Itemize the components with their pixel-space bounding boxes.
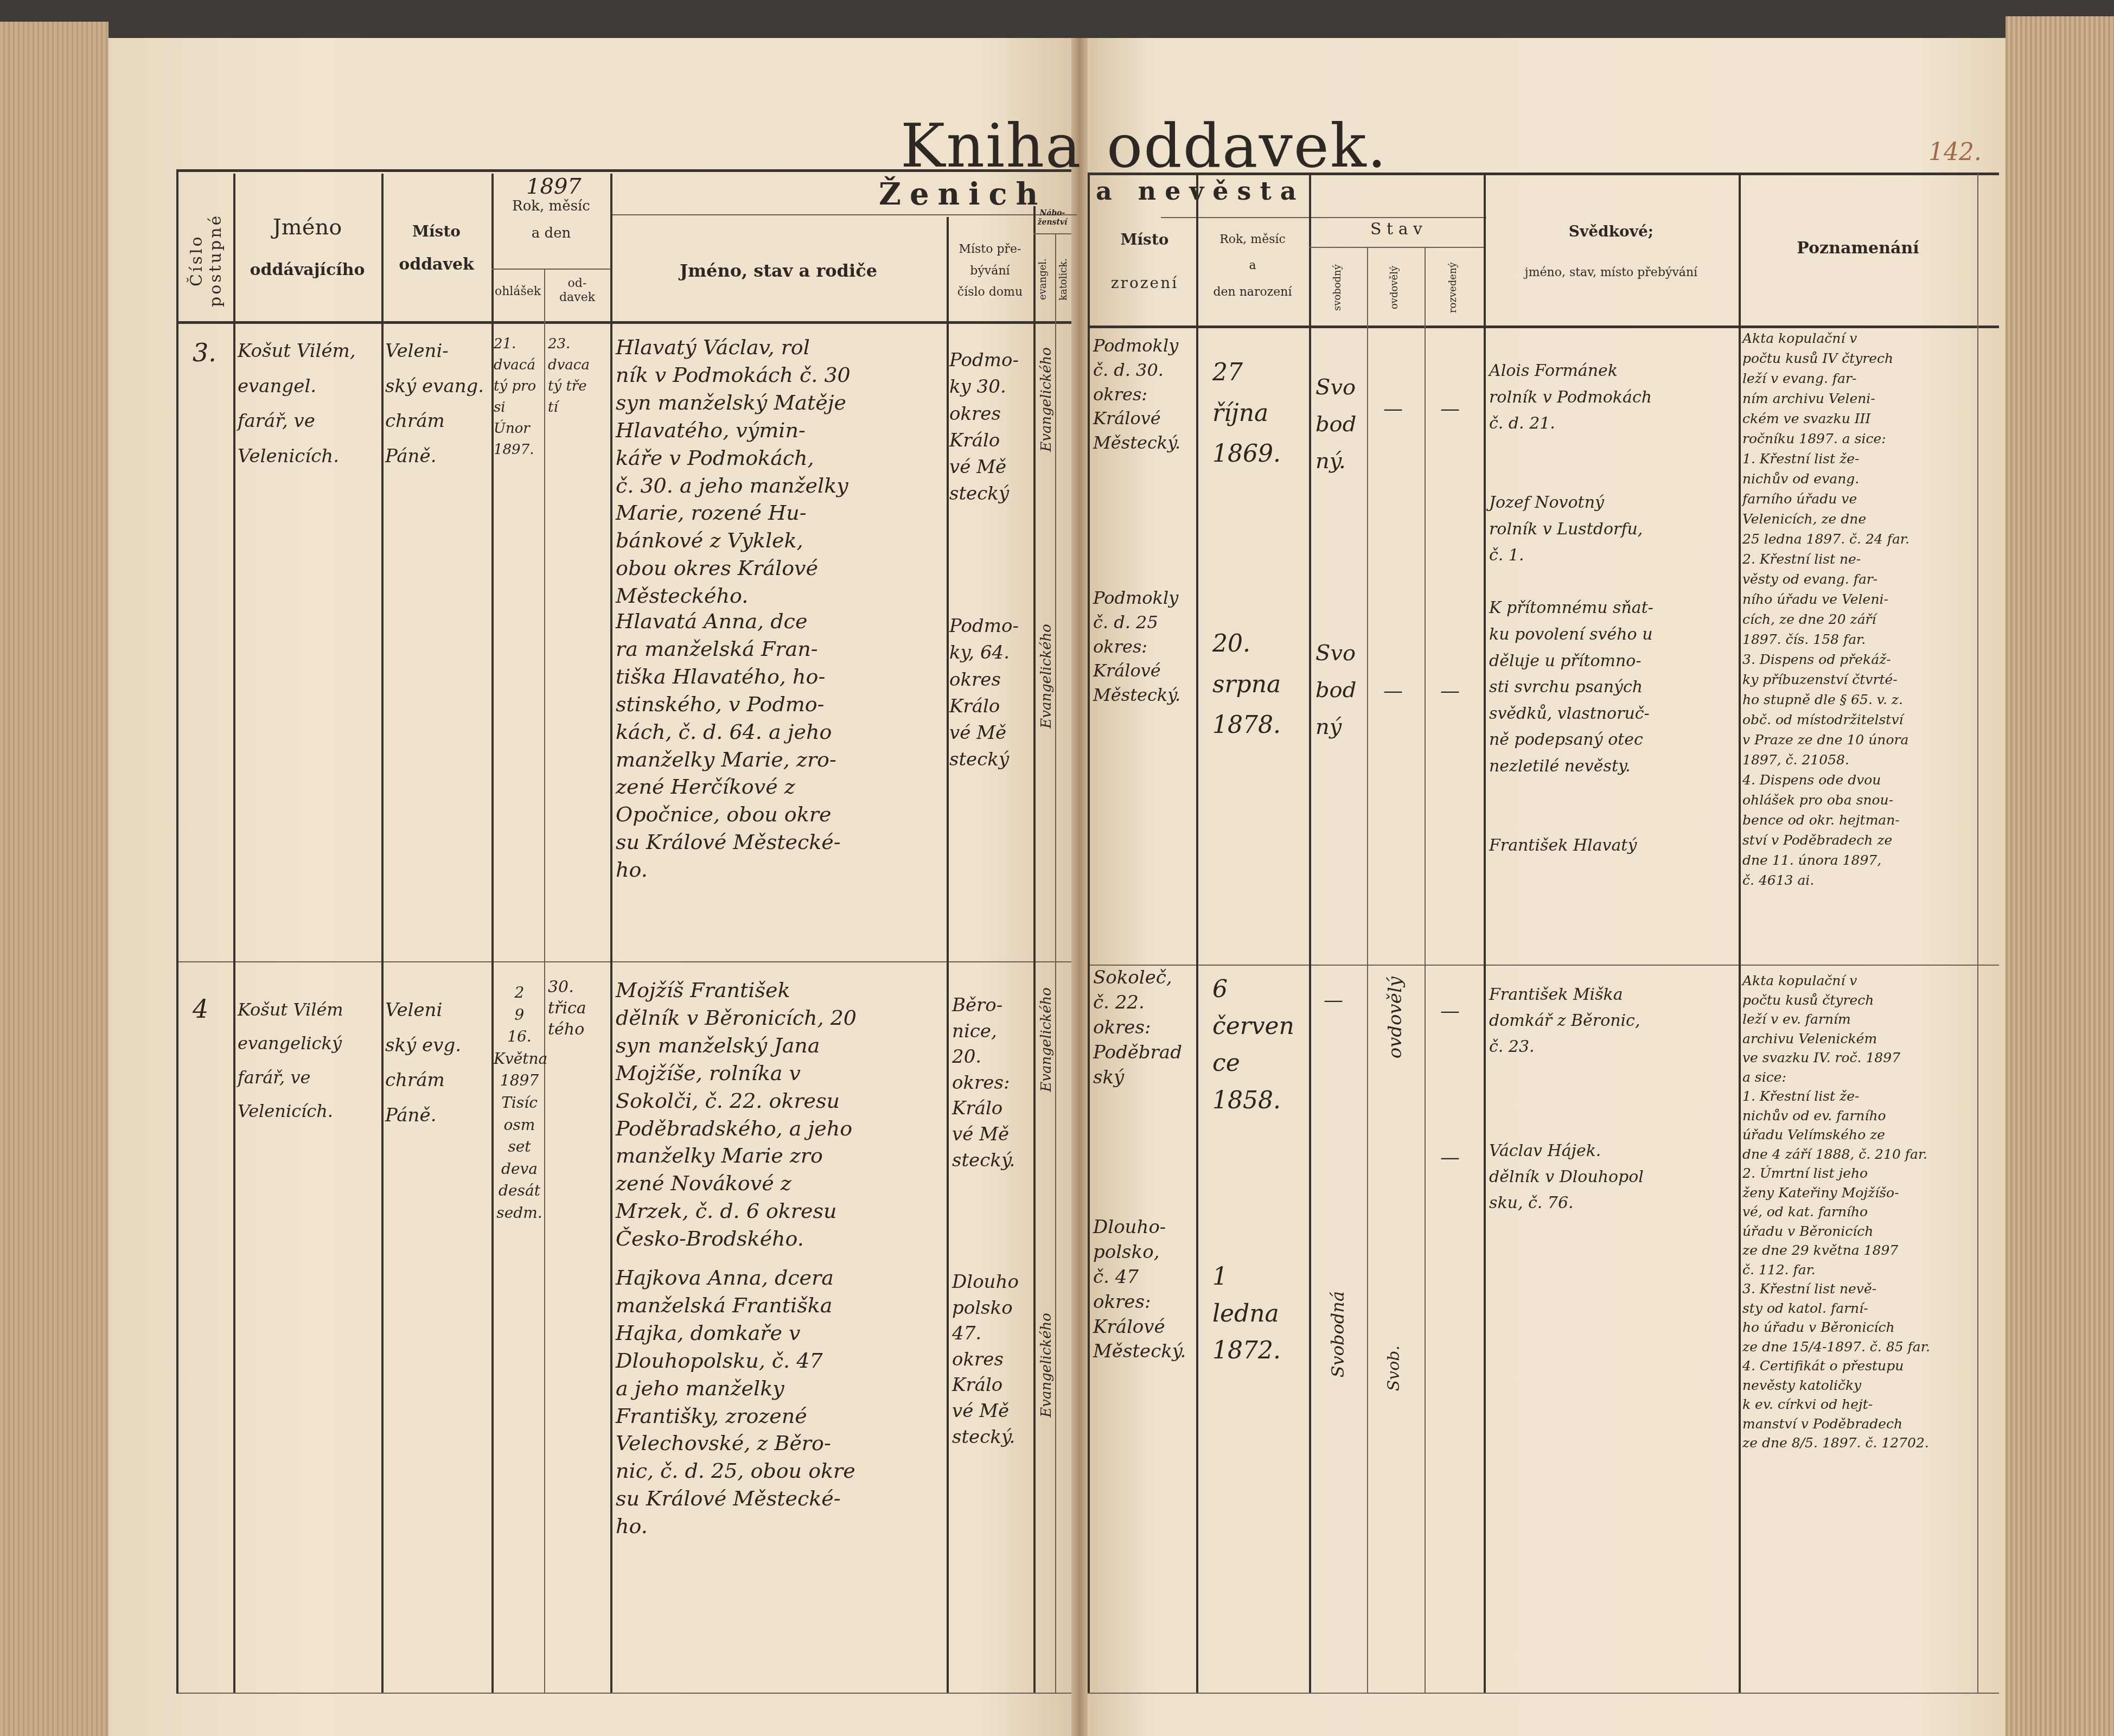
officiant: Košut Vilém, evangel. farář, ve Velenicí… xyxy=(238,334,356,474)
col-border xyxy=(1088,174,1090,1693)
groom-status-widowed: ovdovělý xyxy=(1383,976,1408,1058)
bride-status-single: Svo bod ný xyxy=(1315,635,1356,745)
col-border xyxy=(1309,174,1311,1693)
wedding-place: Veleni ský evg. chrám Páně. xyxy=(385,993,461,1133)
page-edges-right xyxy=(2006,16,2114,1736)
col-border xyxy=(947,217,949,1693)
book-spine xyxy=(1071,38,1088,1736)
bride-status-divorced: — xyxy=(1440,1145,1460,1171)
book-scan: Kniha oddavek. 142. Ženich a nevěsta Čís… xyxy=(0,0,2114,1736)
rok-subdivider xyxy=(491,269,611,270)
wedding-date: 23. dvaca tý tře tí xyxy=(548,334,590,418)
bride-birthdate: 1 ledna 1872. xyxy=(1212,1259,1281,1370)
table-top-border-left xyxy=(176,169,1071,172)
header-jmeno-stav-rodice: Jméno, stav a rodiče xyxy=(610,260,947,281)
groom-residence: Podmo- ky 30. okres Králo vé Mě stecký xyxy=(949,347,1019,508)
wedding-place: Veleni- ský evang. chrám Páně. xyxy=(385,334,484,474)
groom-name-parents: Hlavatý Václav, rol ník v Podmokách č. 3… xyxy=(616,334,851,610)
groom-religion: Evangelického xyxy=(1037,987,1056,1092)
header-ohlasek: ohlášek xyxy=(491,285,544,299)
col-border xyxy=(233,174,235,1693)
header-zrozeni: zrození xyxy=(1101,274,1188,292)
book-cover-top xyxy=(0,0,2114,38)
table-top-border-right xyxy=(1088,173,1999,175)
header-cislo: Číslo postupné xyxy=(187,206,225,315)
bride-residence: Podmo- ky, 64. okres Králo vé Mě stecký xyxy=(949,613,1019,774)
title-right: oddavek. xyxy=(1107,111,1388,181)
col-border xyxy=(1425,247,1426,1693)
entry-separator-right xyxy=(1088,965,1999,966)
witnesses: František Miška domkář z Běronic, č. 23.… xyxy=(1489,982,1644,1216)
remarks: Akta kopulační v počtu kusů čtyrech leží… xyxy=(1742,971,1930,1453)
col-border xyxy=(176,169,178,1694)
band-underline-left xyxy=(610,214,1077,215)
col-border xyxy=(1033,206,1036,1693)
col-border xyxy=(544,269,545,1693)
header-oddavajiciho: oddávajícího xyxy=(233,260,381,280)
groom-name-parents: Mojžíš František dělník v Běronicích, 20… xyxy=(616,976,857,1253)
col-border xyxy=(1196,174,1198,1693)
groom-residence: Běro- nice, 20. okres: Králo vé Mě steck… xyxy=(952,993,1015,1173)
religion-subdivider xyxy=(1033,233,1071,234)
bride-name-parents: Hlavatá Anna, dce ra manželská Fran- tiš… xyxy=(616,608,841,884)
col-border xyxy=(1367,247,1368,1693)
header-poznamenani: Poznamenání xyxy=(1739,239,1977,258)
header-misto-prebyvani: Místo pře- bývání číslo domu xyxy=(947,239,1033,303)
header-oddavek: oddavek xyxy=(381,255,491,275)
groom-status-divorced: — xyxy=(1440,998,1460,1024)
entry-number: 4 xyxy=(193,993,208,1026)
stav-subdivider xyxy=(1309,247,1484,248)
header-bottom-left xyxy=(176,321,1071,324)
bride-birthdate: 20. srpna 1878. xyxy=(1212,624,1281,745)
bride-status-widowed: Svob. xyxy=(1383,1345,1405,1391)
header-rozvedeny: rozvedený xyxy=(1447,255,1459,320)
header-svedkove-sub: jméno, stav, místo přebývání xyxy=(1484,266,1739,280)
header-katolick: katolick. xyxy=(1058,244,1069,315)
bride-birthplace: Dlouho- polsko, č. 47 okres: Králové Měs… xyxy=(1093,1215,1186,1364)
groom-status-single: — xyxy=(1324,987,1343,1013)
band-bride: a nevěsta xyxy=(1096,176,1305,206)
header-misto: Místo xyxy=(381,222,491,241)
bride-religion: Evangelického xyxy=(1037,624,1056,729)
remarks: Akta kopulační v počtu kusů IV čtyrech l… xyxy=(1742,328,1909,890)
band-groom: Ženich xyxy=(879,176,1046,212)
bride-religion: Evangelického xyxy=(1037,1313,1056,1418)
header-jmeno: Jméno xyxy=(233,214,381,240)
header-svobodny: svobodný xyxy=(1332,255,1343,320)
groom-birthdate: 27 října 1869. xyxy=(1212,353,1281,474)
table-bottom-left xyxy=(176,1693,1071,1694)
witnesses: Alois Formánek rolník v Podmokách č. d. … xyxy=(1489,358,1653,859)
header-ovdovely: ovdovělý xyxy=(1389,255,1400,320)
header-oddavek-date: od- davek xyxy=(544,277,610,305)
bride-name-parents: Hajkova Anna, dcera manželská Františka … xyxy=(616,1264,855,1540)
banns-date: 2 9 16. Května 1897 Tisíc osm set deva d… xyxy=(494,982,545,1224)
groom-religion: Evangelického xyxy=(1037,347,1056,452)
entry-separator-left xyxy=(176,961,1071,962)
groom-birthplace: Podmokly č. d. 30. okres: Králové Městec… xyxy=(1093,334,1180,455)
col-border xyxy=(1739,174,1741,1693)
entry-number: 3. xyxy=(193,336,216,369)
groom-status-single: Svo bod ný. xyxy=(1315,369,1356,480)
header-a-den: a den xyxy=(491,225,611,242)
col-border xyxy=(1484,174,1486,1693)
table-bottom-right xyxy=(1088,1693,1999,1694)
header-rok-mesic-narozeni: Rok, měsíc a den narození xyxy=(1196,233,1309,299)
bride-status-divorced: — xyxy=(1440,678,1460,704)
header-nabozenstvi: Nábo- ženství xyxy=(1033,209,1071,227)
banns-date: 21. dvacá tý pro si Únor 1897. xyxy=(494,334,536,461)
officiant: Košut Vilém evangelický farář, ve Veleni… xyxy=(238,993,343,1128)
col-border xyxy=(381,174,384,1693)
band-underline-right xyxy=(1161,217,1486,218)
header-rok-mesic: Rok, měsíc xyxy=(491,198,611,215)
groom-status-widowed: — xyxy=(1383,396,1403,422)
header-misto-zrozeni: Místo xyxy=(1101,231,1188,249)
header-svedkove: Svědkové; xyxy=(1484,222,1739,241)
bride-birthplace: Podmokly č. d. 25 okres: Králové Městeck… xyxy=(1093,586,1180,707)
bride-residence: Dlouho polsko 47. okres Králo vé Mě stec… xyxy=(952,1269,1019,1450)
header-stav: S t a v xyxy=(1309,220,1484,239)
groom-status-divorced: — xyxy=(1440,396,1460,422)
col-border xyxy=(1977,174,1978,1693)
header-year-note: 1897 xyxy=(526,173,582,201)
page-edges-left xyxy=(0,22,108,1736)
col-border xyxy=(610,174,612,1693)
groom-birthplace: Sokoleč, č. 22. okres: Poděbrad ský xyxy=(1093,966,1182,1090)
col-border xyxy=(1055,233,1056,1693)
header-evangel: evangel. xyxy=(1037,244,1049,315)
bride-status-single: Svobodná xyxy=(1326,1291,1349,1377)
wedding-date: 30. třica tého xyxy=(548,976,586,1040)
groom-birthdate: 6 červen ce 1858. xyxy=(1212,971,1294,1119)
page-number: 142. xyxy=(1928,138,1982,166)
bride-status-widowed: — xyxy=(1383,678,1403,704)
